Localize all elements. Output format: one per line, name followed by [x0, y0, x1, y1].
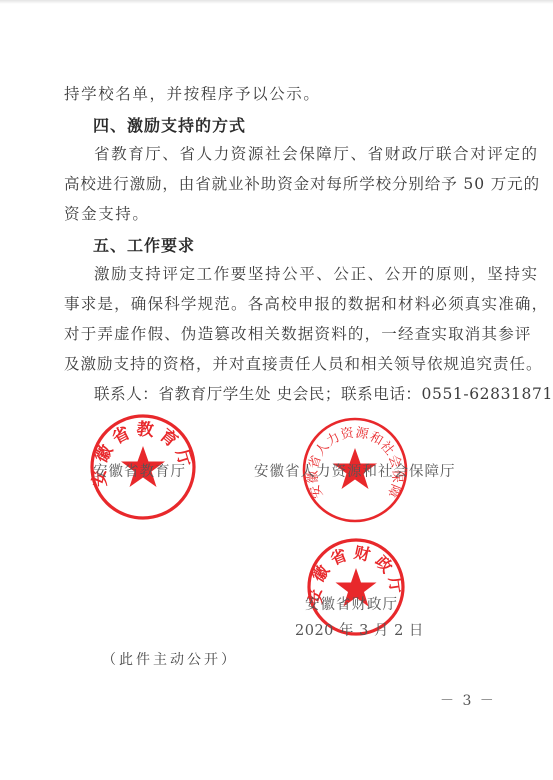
section-5-line-3: 对于弄虚作假、伪造篡改相关数据资料的，一经查实取消其参评 [64, 322, 532, 344]
section-5-line-2: 事求是，确保科学规范。各高校申报的数据和材料必须真实准确， [64, 292, 548, 314]
signatory-education-dept: 安徽省教育厅 [93, 460, 186, 481]
section-5-heading: 五、工作要求 [93, 233, 195, 256]
section-4-line-3: 资金支持。 [64, 202, 150, 224]
page-number: － 3 － [440, 690, 496, 710]
page-top-edge [0, 0, 553, 4]
section-4-heading: 四、激励支持的方式 [93, 113, 246, 136]
section-4-line-2: 高校进行激励，由省就业补助资金对每所学校分别给予 50 万元的 [64, 172, 540, 194]
disclosure-note: （此件主动公开） [102, 649, 238, 669]
section-4-line-1: 省教育厅、省人力资源社会保障厅、省财政厅联合对评定的 [94, 142, 539, 164]
paragraph-continuation: 持学校名单，并按程序予以公示。 [64, 82, 321, 104]
contact-line: 联系人：省教育厅学生处 史会民；联系电话：0551-62831871。 [94, 382, 553, 404]
signatory-hrss-dept: 安徽省人力资源和社会保障厅 [254, 460, 456, 481]
issue-date: 2020 年 3 月 2 日 [295, 619, 424, 640]
section-5-line-4: 及激励支持的资格，并对直接责任人员和相关领导依规追究责任。 [64, 352, 543, 374]
section-5-line-1: 激励支持评定工作要坚持公平、公正、公开的原则，坚持实 [94, 262, 539, 284]
signatory-finance-dept: 安徽省财政厅 [305, 593, 398, 614]
